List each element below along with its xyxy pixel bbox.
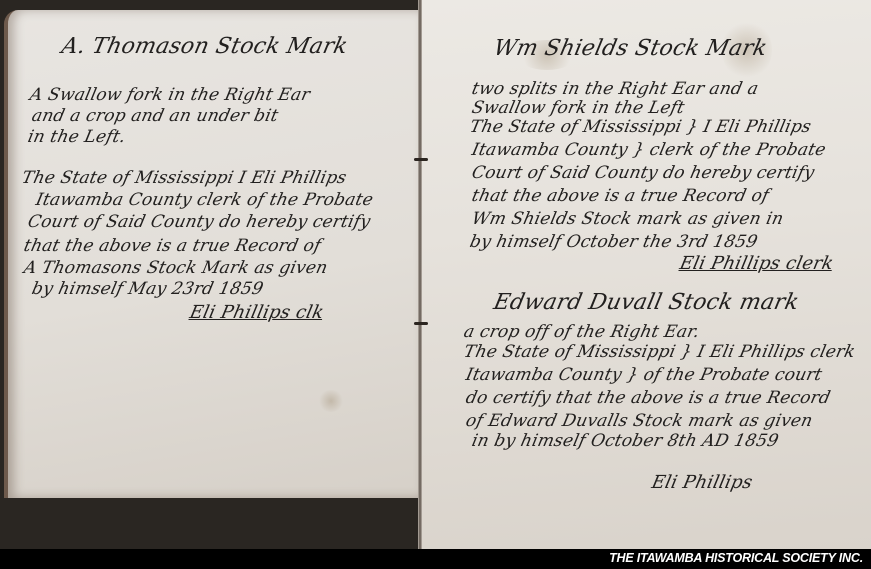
paper-stain bbox=[318, 390, 344, 412]
mark-description-line: A Swallow fork in the Right Ear bbox=[28, 85, 312, 106]
mark-description-line: and a crop and an under bit bbox=[30, 106, 280, 127]
certificate-line: of Edward Duvalls Stock mark as given bbox=[464, 411, 815, 432]
mark-description-line: two splits in the Right Ear and a bbox=[470, 79, 760, 100]
certificate-line: A Thomasons Stock Mark as given bbox=[22, 258, 330, 279]
ledger-photo: A. Thomason Stock Mark A Swallow fork in… bbox=[0, 0, 871, 549]
certificate-line: The State of Mississippi } I Eli Phillip… bbox=[468, 117, 813, 138]
mark-description-line: in the Left. bbox=[26, 127, 128, 148]
certificate-line: Itawamba County } of the Probate court bbox=[464, 365, 824, 386]
book-spine-gutter bbox=[418, 0, 422, 549]
clerk-signature: Eli Phillips bbox=[650, 472, 755, 493]
mark-description-line: Swallow fork in the Left bbox=[470, 98, 687, 119]
watermark-bar: THE ITAWAMBA HISTORICAL SOCIETY INC. bbox=[0, 549, 871, 569]
clerk-signature: Eli Phillips clk bbox=[188, 302, 326, 323]
binding-stitch bbox=[414, 322, 428, 325]
certificate-line: The State of Mississippi } I Eli Phillip… bbox=[462, 342, 857, 363]
certificate-line: Court of Said County do hereby certify bbox=[26, 212, 373, 233]
certificate-line: in by himself October 8th AD 1859 bbox=[470, 431, 781, 452]
certificate-line: that the above is a true Record of bbox=[22, 236, 323, 257]
certificate-line: Wm Shields Stock mark as given in bbox=[470, 209, 786, 230]
certificate-line: Itawamba County clerk of the Probate bbox=[34, 190, 375, 211]
entry-heading: Wm Shields Stock Mark bbox=[491, 36, 769, 61]
certificate-line: by himself May 23rd 1859 bbox=[30, 279, 265, 300]
certificate-line: Court of Said County do hereby certify bbox=[470, 163, 817, 184]
certificate-line: Itawamba County } clerk of the Probate bbox=[470, 140, 828, 161]
certificate-line: that the above is a true Record of bbox=[470, 186, 771, 207]
watermark-credit: THE ITAWAMBA HISTORICAL SOCIETY INC. bbox=[609, 551, 863, 565]
mark-description-line: a crop off of the Right Ear. bbox=[462, 322, 702, 343]
binding-stitch bbox=[414, 158, 428, 161]
entry-heading: Edward Duvall Stock mark bbox=[491, 290, 801, 315]
entry-heading: A. Thomason Stock Mark bbox=[59, 34, 350, 59]
clerk-signature: Eli Phillips clerk bbox=[678, 253, 836, 274]
certificate-line: The State of Mississippi I Eli Phillips bbox=[20, 168, 349, 189]
certificate-line: do certify that the above is a true Reco… bbox=[464, 388, 832, 409]
certificate-line: by himself October the 3rd 1859 bbox=[468, 232, 760, 253]
